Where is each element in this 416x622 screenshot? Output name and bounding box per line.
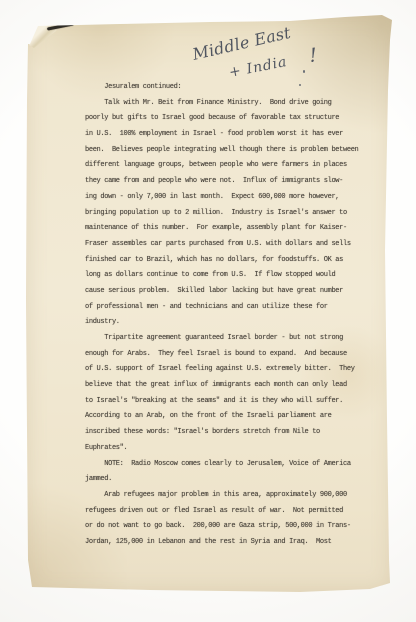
typed-line: Euphrates".: [85, 441, 387, 457]
typed-line: refugees driven out or fled Israel as re…: [85, 504, 387, 520]
typed-line: believe that the great influx of immigra…: [85, 378, 387, 394]
typed-line: NOTE: Radio Moscow comes clearly to Jeru…: [85, 457, 387, 473]
typed-line: Tripartite agreement guaranteed Israel b…: [85, 331, 387, 347]
typed-line: Jesuralem continued:: [85, 80, 387, 96]
typed-line: industry.: [85, 315, 387, 331]
typed-line: Jordan, 125,000 in Lebanon and the rest …: [85, 535, 387, 551]
typed-line: of professional men - and technicians an…: [85, 300, 387, 316]
annotation-exclamation: !: [308, 44, 318, 67]
typed-line: jammed.: [85, 472, 387, 488]
typed-line: different language groups, between peopl…: [85, 158, 387, 174]
typed-line: inscribed these words: "Israel's borders…: [85, 425, 387, 441]
handwritten-annotation: Middle East + India !: [184, 28, 334, 88]
typed-line: long as dollars continue to come from U.…: [85, 268, 387, 284]
typed-line: or do not want to go back. 200,000 are G…: [85, 519, 387, 535]
photo-background: { "page": { "kind": "typewritten-memo-ph…: [0, 0, 416, 622]
ink-speck: [303, 70, 305, 73]
typed-line: they came from and people who were not. …: [85, 174, 387, 190]
typed-text: Jesuralem continued: Talk with Mr. Beit …: [85, 80, 387, 551]
typed-line: bringing population up to 2 million. Ind…: [85, 206, 387, 222]
annotation-india: + India: [228, 54, 288, 81]
typed-line: Arab refugees major problem in this area…: [85, 488, 387, 504]
folded-corner: [26, 17, 64, 51]
typed-line: enough for Arabs. They feel Israel is bo…: [85, 347, 387, 363]
typed-line: poorly but gifts to Israel good because …: [85, 111, 387, 127]
typed-line: Fraser assembles car parts purchased fro…: [85, 237, 387, 253]
typed-line: of U.S. support of Israel feeling agains…: [85, 362, 387, 378]
typed-line: in U.S. 100% employment in Israel - food…: [85, 127, 387, 143]
typed-line: to Israel's "breaking at the seams" and …: [85, 394, 387, 410]
typed-line: ing down - only 7,000 in last month. Exp…: [85, 190, 387, 206]
typed-line: cause serious problem. Skilled labor lac…: [85, 284, 387, 300]
paper-sheet: Middle East + India ! Jesuralem continue…: [26, 15, 392, 593]
typed-line: According to an Arab, on the front of th…: [85, 409, 387, 425]
typed-line: Talk with Mr. Beit from Finance Ministry…: [85, 96, 387, 112]
typed-line: finished car to Brazil, which has no dol…: [85, 253, 387, 269]
typed-line: been. Believes people integrating well t…: [85, 143, 387, 159]
typed-line: maintenance of this number. For example,…: [85, 221, 387, 237]
staple-mark: [47, 22, 74, 30]
